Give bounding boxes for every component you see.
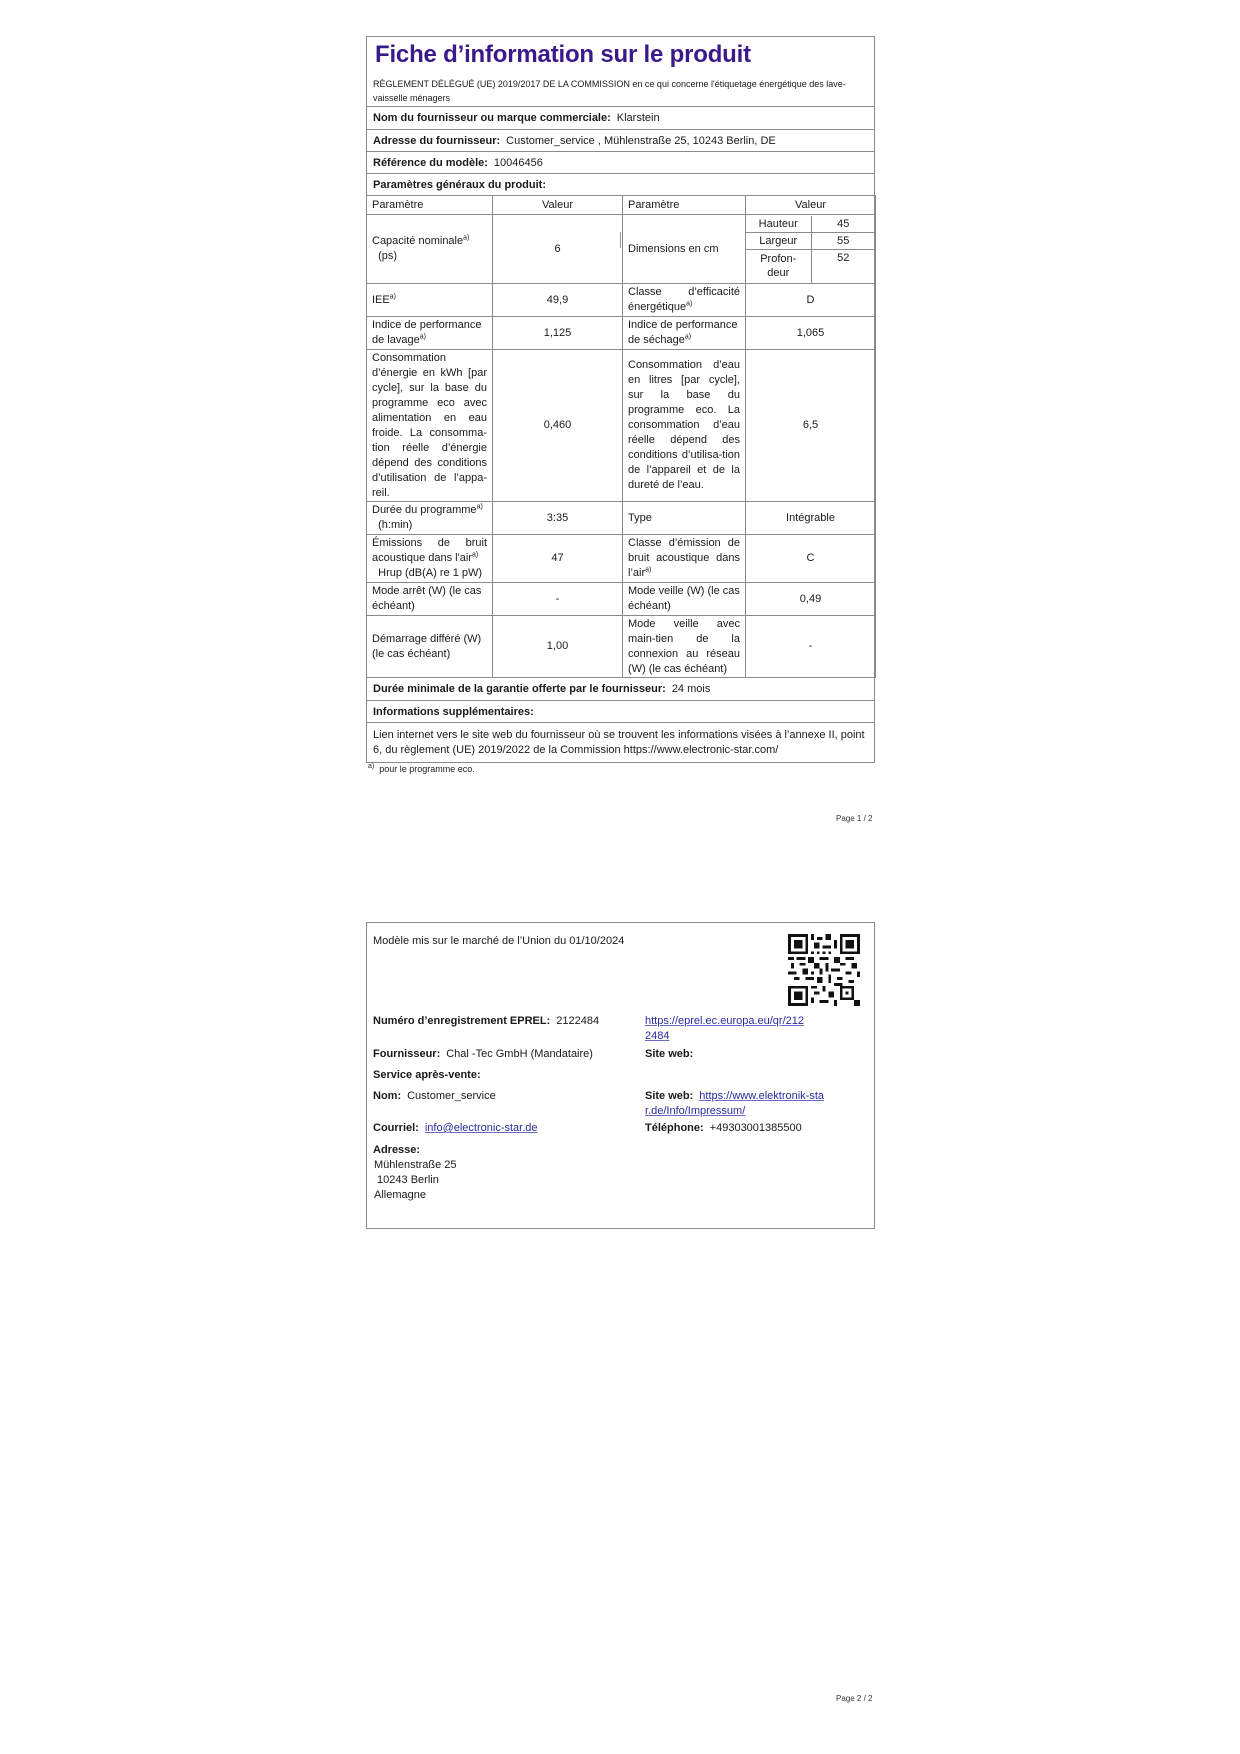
email-link[interactable]: info@electronic-star.de [425,1122,538,1134]
table-row: Consommation d’énergie en kWh [par cycle… [367,350,876,502]
address-label: Adresse du fournisseur: [373,135,500,147]
website-label: Site web: [645,1047,699,1062]
parameters-table: Paramètre Valeur Paramètre Valeur Capaci… [366,195,876,678]
energy-class-label: Classe d’efficacité énergétiquea) [623,284,746,317]
noise-value: 47 [493,535,623,583]
type-label: Type [623,502,746,535]
table-row: Durée du programmea) (h:min) 3:35 Type I… [367,502,876,535]
dimensions-values: Hauteur45 Largeur55 Profon-deur52 [746,215,876,284]
address-line-2: 10243 Berlin [374,1173,439,1188]
header-value-1: Valeur [493,196,623,215]
address-line-1: Mühlenstraße 25 [374,1158,457,1173]
duration-value: 3:35 [493,502,623,535]
header-param-2: Paramètre [623,196,746,215]
page-number-2: Page 2 / 2 [836,1694,872,1703]
energy-consumption-label: Consommation d’énergie en kWh [par cycle… [367,350,493,502]
phone-info: Téléphone:+49303001385500 [645,1121,802,1136]
address-value: Customer_service , Mühlenstraße 25, 1024… [506,135,776,147]
delay-start-label: Démarrage différé (W) (le cas échéant) [367,616,493,678]
eprel-info-box: Modèle mis sur le marché de l’Union du 0… [366,922,875,1229]
after-sales-label: Service après-vente: [373,1068,487,1083]
additional-info-text-row: Lien internet vers le site web du fourni… [367,722,874,763]
model-ref-value: 10046456 [494,157,543,169]
iee-value: 49,9 [493,284,623,317]
dimensions-label: Dimensions en cm [623,215,746,284]
supplier-label: Nom du fournisseur ou marque commerciale… [373,112,611,124]
networked-standby-label: Mode veille avec main-tien de la connexi… [623,616,746,678]
dry-index-value: 1,065 [746,317,876,350]
service-website: Site web:https://www.elektronik-star.de/… [645,1089,825,1119]
product-info-sheet: Fiche d’information sur le produit RÈGLE… [366,36,875,763]
height-value: 45 [811,216,875,233]
regulation-text: RÈGLEMENT DÉLÉGUÉ (UE) 2019/2017 DE LA C… [373,77,868,105]
width-label: Largeur [746,233,811,250]
table-row: Mode arrêt (W) (le cas échéant) - Mode v… [367,583,876,616]
email-info: Courriel:info@electronic-star.de [373,1121,538,1136]
energy-consumption-value: 0,460 [493,350,623,502]
capacity-value: 6 [493,215,623,284]
table-row: Émissions de bruit acoustique dans l'air… [367,535,876,583]
table-header-row: Paramètre Valeur Paramètre Valeur [367,196,876,215]
header-value-2: Valeur [746,196,876,215]
page-title: Fiche d’information sur le produit [375,41,751,69]
additional-info-label: Informations supplémentaires: [373,706,534,718]
noise-label: Émissions de bruit acoustique dans l'air… [367,535,493,583]
noise-class-value: C [746,535,876,583]
warranty-row: Durée minimale de la garantie offerte pa… [367,677,874,700]
market-date: Modèle mis sur le marché de l’Union du 0… [373,934,624,949]
supplier-value: Klarstein [617,112,660,124]
address-line-3: Allemagne [374,1188,426,1203]
eprel-number: Numéro d’enregistrement EPREL:2122484 [373,1014,599,1029]
off-mode-value: - [493,583,623,616]
table-row: Capacité nominalea) (ps) 6 Dimensions en… [367,215,876,284]
model-ref-row: Référence du modèle: 10046456 [367,151,874,173]
warranty-label: Durée minimale de la garantie offerte pa… [373,683,666,695]
general-params-row: Paramètres généraux du produit: [367,173,874,195]
height-label: Hauteur [746,216,811,233]
dry-index-label: Indice de performance de séchagea) [623,317,746,350]
depth-label: Profon-deur [746,250,811,283]
type-value: Intégrable [746,502,876,535]
capacity-label: Capacité nominalea) (ps) [367,215,493,284]
model-ref-label: Référence du modèle: [373,157,488,169]
noise-class-label: Classe d’émission de bruit acoustique da… [623,535,746,583]
header-param-1: Paramètre [367,196,493,215]
table-row: IEEa) 49,9 Classe d’efficacité énergétiq… [367,284,876,317]
address-block: Adresse: [373,1143,426,1158]
table-row: Démarrage différé (W) (le cas échéant) 1… [367,616,876,678]
networked-standby-value: - [746,616,876,678]
warranty-value: 24 mois [672,683,711,695]
depth-value: 52 [811,250,875,283]
stray-mark [620,232,621,248]
table-row: Indice de performance de lavagea) 1,125 … [367,317,876,350]
supplier-info: Fournisseur:Chal -Tec GmbH (Mandataire) [373,1047,593,1062]
wash-index-value: 1,125 [493,317,623,350]
additional-info-row: Informations supplémentaires: [367,700,874,722]
page-number: Page 1 / 2 [836,814,872,823]
wash-index-label: Indice de performance de lavagea) [367,317,493,350]
eprel-link[interactable]: https://eprel.ec.europa.eu/qr/2122484 [645,1014,810,1044]
general-params-label: Paramètres généraux du produit: [373,179,546,191]
standby-value: 0,49 [746,583,876,616]
address-block-label: Adresse: [373,1144,420,1156]
service-name: Nom:Customer_service [373,1089,496,1104]
standby-label: Mode veille (W) (le cas échéant) [623,583,746,616]
duration-label: Durée du programmea) (h:min) [367,502,493,535]
supplier-row: Nom du fournisseur ou marque commerciale… [367,106,874,129]
address-row: Adresse du fournisseur: Customer_service… [367,129,874,151]
delay-start-value: 1,00 [493,616,623,678]
qr-code-icon[interactable] [788,934,860,1006]
off-mode-label: Mode arrêt (W) (le cas échéant) [367,583,493,616]
water-consumption-value: 6,5 [746,350,876,502]
dimensions-subtable: Hauteur45 Largeur55 Profon-deur52 [746,216,875,283]
width-value: 55 [811,233,875,250]
footnote: a) pour le programme eco. [368,764,475,774]
water-consumption-label: Consommation d’eau en litres [par cycle]… [623,350,746,502]
iee-label: IEEa) [367,284,493,317]
energy-class-value: D [746,284,876,317]
additional-info-text: Lien internet vers le site web du fourni… [373,728,868,758]
